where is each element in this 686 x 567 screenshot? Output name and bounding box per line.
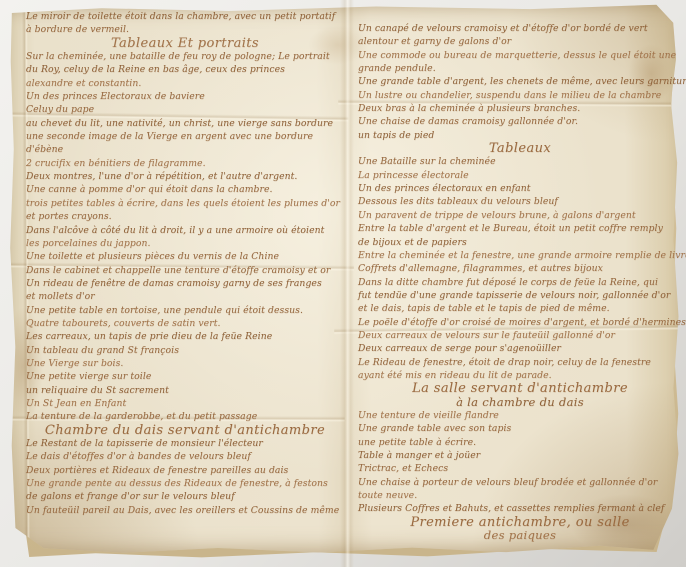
manuscript-line: Un rideau de fenêtre de damas cramoisy g…: [26, 277, 344, 290]
manuscript-line: Plusieurs Coffres et Bahuts, et cassette…: [358, 502, 682, 515]
manuscript-line: Celuy du pape: [26, 103, 344, 116]
manuscript-line: Une petite table en tortoise, une pendul…: [26, 304, 344, 317]
manuscript-line: Table à manger et à joüer: [358, 449, 682, 462]
manuscript-line: Dans la ditte chambre fut déposé le corp…: [358, 276, 682, 289]
manuscript-line: Deux portières et Rideaux de fenestre pa…: [26, 464, 344, 477]
manuscript-line: fut tendüe d'une grande tapisserie de ve…: [358, 289, 682, 302]
manuscript-line: les porcelaines du jappon.: [26, 237, 344, 250]
manuscript-line: Entre la cheminée et la fenestre, une gr…: [358, 249, 682, 262]
manuscript-line: un tapis de pied: [358, 129, 682, 142]
manuscript-line: Dessous les dits tableaux du velours ble…: [358, 195, 682, 208]
manuscript-line: Deux carreaux de serge pour s'agenoüille…: [358, 342, 682, 355]
manuscript-line: alentour et garny de galons d'or: [358, 35, 682, 48]
manuscript-line: du Roy, celuy de la Reine en bas âge, ce…: [26, 63, 344, 76]
manuscript-line: Une petite vierge sur toile: [26, 370, 344, 383]
manuscript-line: Deux bras à la cheminée à plusieurs bran…: [358, 102, 682, 115]
manuscript-line: Une grande table avec son tapis: [358, 422, 682, 435]
manuscript-line: Un paravent de trippe de velours brune, …: [358, 209, 682, 222]
manuscript-line: à bordure de vermeil.: [26, 23, 344, 36]
manuscript-line: Une grande table d'argent, les chenets d…: [358, 75, 682, 88]
manuscript-line: d'ébène: [26, 143, 344, 156]
left-page-text-column: Le miroir de toilette étoit dans la cham…: [26, 10, 344, 517]
manuscript-line: Dans le cabinet et chappelle une tenture…: [26, 264, 344, 277]
manuscript-line: 2 crucifix en bénitiers de filagramme.: [26, 157, 344, 170]
manuscript-line: La tenture de la garderobbe, et du petit…: [26, 410, 344, 423]
manuscript-line: grande pendule.: [358, 62, 682, 75]
manuscript-line: Tableaux: [358, 142, 682, 155]
manuscript-line: Dans l'alcôve à côté du lit à droit, il …: [26, 224, 344, 237]
manuscript-line: Deux montres, l'une d'or à répétition, e…: [26, 170, 344, 183]
manuscript-line: Le Rideau de fenestre, étoit de drap noi…: [358, 356, 682, 369]
manuscript-line: Sur la cheminée, une bataille de feu roy…: [26, 50, 344, 63]
manuscript-line: Coffrets d'allemagne, filagrammes, et au…: [358, 262, 682, 275]
manuscript-line: Un St Jean en Enfant: [26, 397, 344, 410]
manuscript-line: Une chaise à porteur de velours bleuf br…: [358, 476, 682, 489]
manuscript-line: alexandre et constantin.: [26, 77, 344, 90]
manuscript-line: Tableaux Et portraits: [26, 37, 344, 50]
manuscript-line: Chambre du dais servant d'antichambre: [26, 424, 344, 437]
manuscript-line: La salle servant d'antichambre: [358, 382, 682, 395]
manuscript-line: trois petites tables à écrire, dans les …: [26, 197, 344, 210]
manuscript-line: un reliquaire du St sacrement: [26, 384, 344, 397]
manuscript-line: Un fauteüil pareil au Dais, avec les ore…: [26, 504, 344, 517]
manuscript-line: Premiere antichambre, ou salle: [358, 516, 682, 529]
manuscript-line: Le poële d'étoffe d'or croisé de moires …: [358, 316, 682, 329]
manuscript-line: des paiques: [358, 529, 682, 542]
manuscript-line: Une Vierge sur bois.: [26, 357, 344, 370]
manuscript-line: Trictrac, et Echecs: [358, 462, 682, 475]
manuscript-line: Le Restant de la tapisserie de monsieur …: [26, 437, 344, 450]
manuscript-line: Quatre tabourets, couverts de satin vert…: [26, 317, 344, 330]
manuscript-line: Entre la table d'argent et le Bureau, ét…: [358, 222, 682, 235]
manuscript-line: une petite table à écrire.: [358, 436, 682, 449]
manuscript-line: Un des princes Electoraux de baviere: [26, 90, 344, 103]
manuscript-line: Une commode ou bureau de marquetterie, d…: [358, 49, 682, 62]
manuscript-line: Le miroir de toilette étoit dans la cham…: [26, 10, 344, 23]
manuscript-scan: Le miroir de toilette étoit dans la cham…: [0, 0, 686, 567]
manuscript-line: toute neuve.: [358, 489, 682, 502]
manuscript-line: Un lustre ou chandelier, suspendu dans l…: [358, 89, 682, 102]
manuscript-line: Une grande pente au dessus des Rideaux d…: [26, 477, 344, 490]
manuscript-line: de galons et frange d'or sur le velours …: [26, 490, 344, 503]
manuscript-line: de bijoux et de papiers: [358, 236, 682, 249]
manuscript-line: Les carreaux, un tapis de prie dieu de l…: [26, 330, 344, 343]
manuscript-line: au chevet du lit, une nativité, un chris…: [26, 117, 344, 130]
manuscript-line: et le dais, tapis de table et le tapis d…: [358, 302, 682, 315]
manuscript-line: Le dais d'étoffes d'or à bandes de velou…: [26, 450, 344, 463]
manuscript-line: La princesse électorale: [358, 169, 682, 182]
manuscript-line: et mollets d'or: [26, 290, 344, 303]
manuscript-line: à la chambre du dais: [358, 396, 682, 409]
manuscript-line: une seconde image de la Vierge en argent…: [26, 130, 344, 143]
manuscript-line: Une Bataille sur la cheminée: [358, 155, 682, 168]
manuscript-line: Un tableau du grand St françois: [26, 344, 344, 357]
manuscript-line: et portes crayons.: [26, 210, 344, 223]
manuscript-line: ayant été mis en rideau du lit de parade…: [358, 369, 682, 382]
right-page-text-column: Un canapé de velours cramoisy et d'étoff…: [358, 22, 682, 542]
manuscript-line: Un canapé de velours cramoisy et d'étoff…: [358, 22, 682, 35]
manuscript-line: Une chaise de damas cramoisy gallonnée d…: [358, 115, 682, 128]
manuscript-line: Deux carreaux de velours sur le fauteüil…: [358, 329, 682, 342]
manuscript-line: Une tenture de vieille flandre: [358, 409, 682, 422]
manuscript-line: Un des princes électoraux en enfant: [358, 182, 682, 195]
manuscript-line: Une canne à pomme d'or qui étoit dans la…: [26, 183, 344, 196]
manuscript-line: Une toilette et plusieurs pièces du vern…: [26, 250, 344, 263]
